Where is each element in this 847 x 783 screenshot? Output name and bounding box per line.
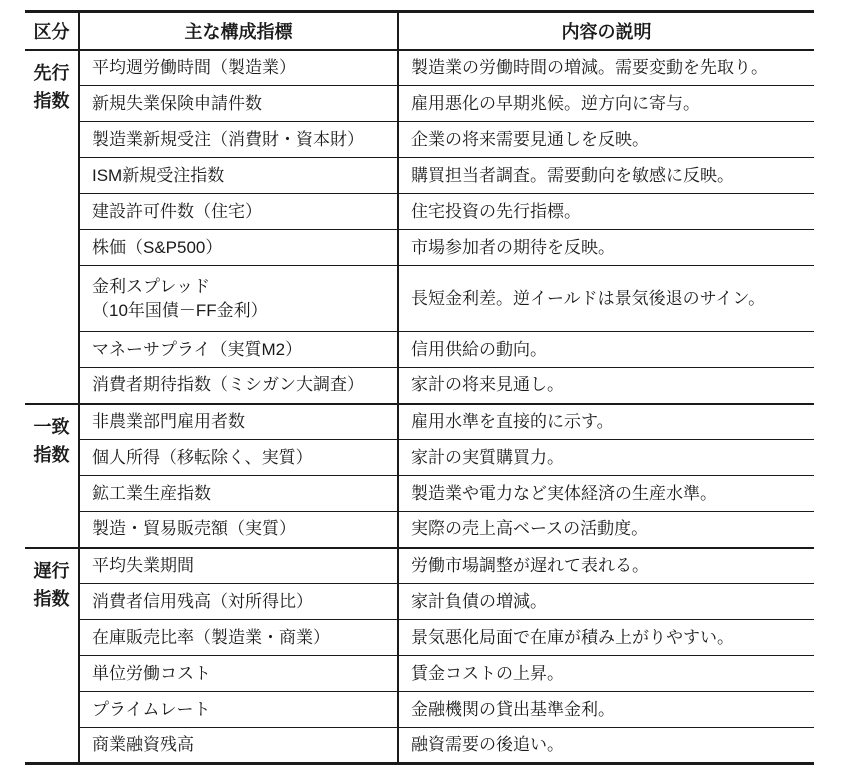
indicator-cell: 在庫販売比率（製造業・商業）: [79, 620, 398, 656]
table-row: プライムレート 金融機関の貸出基準金利。: [25, 692, 814, 728]
table-row: 建設許可件数（住宅） 住宅投資の先行指標。: [25, 194, 814, 230]
table-row: 金利スプレッド （10年国債－FF金利） 長短金利差。逆イールドは景気後退のサイ…: [25, 266, 814, 332]
economic-indicator-table: 区分 主な構成指標 内容の説明 先行 指数 平均週労働時間（製造業） 製造業の労…: [25, 10, 814, 765]
description-cell: 景気悪化局面で在庫が積み上がりやすい。: [398, 620, 814, 656]
description-cell: 製造業や電力など実体経済の生産水準。: [398, 476, 814, 512]
indicator-cell: 個人所得（移転除く、実質）: [79, 440, 398, 476]
table-row: 製造業新規受注（消費財・資本財） 企業の将来需要見通しを反映。: [25, 122, 814, 158]
indicator-cell: 新規失業保険申請件数: [79, 86, 398, 122]
header-category: 区分: [25, 12, 79, 50]
indicator-cell: 商業融資残高: [79, 728, 398, 764]
description-cell: 労働市場調整が遅れて表れる。: [398, 548, 814, 584]
section-label-leading: 先行 指数: [25, 50, 79, 404]
section-label-lagging: 遅行 指数: [25, 548, 79, 764]
table-row: マネーサプライ（実質M2） 信用供給の動向。: [25, 332, 814, 368]
description-cell: 購買担当者調査。需要動向を敏感に反映。: [398, 158, 814, 194]
description-cell: 市場参加者の期待を反映。: [398, 230, 814, 266]
table-row: 遅行 指数 平均失業期間 労働市場調整が遅れて表れる。: [25, 548, 814, 584]
description-cell: 住宅投資の先行指標。: [398, 194, 814, 230]
table-row: 鉱工業生産指数 製造業や電力など実体経済の生産水準。: [25, 476, 814, 512]
description-cell: 雇用悪化の早期兆候。逆方向に寄与。: [398, 86, 814, 122]
table-row: 在庫販売比率（製造業・商業） 景気悪化局面で在庫が積み上がりやすい。: [25, 620, 814, 656]
page: 区分 主な構成指標 内容の説明 先行 指数 平均週労働時間（製造業） 製造業の労…: [0, 0, 847, 783]
description-cell: 融資需要の後追い。: [398, 728, 814, 764]
description-cell: 家計の将来見通し。: [398, 368, 814, 404]
indicator-cell: 製造業新規受注（消費財・資本財）: [79, 122, 398, 158]
description-cell: 家計負債の増減。: [398, 584, 814, 620]
description-cell: 賃金コストの上昇。: [398, 656, 814, 692]
indicator-cell: 単位労働コスト: [79, 656, 398, 692]
table-header-row: 区分 主な構成指標 内容の説明: [25, 12, 814, 50]
header-indicator: 主な構成指標: [79, 12, 398, 50]
indicator-cell: 非農業部門雇用者数: [79, 404, 398, 440]
table-row: 一致 指数 非農業部門雇用者数 雇用水準を直接的に示す。: [25, 404, 814, 440]
indicator-cell: マネーサプライ（実質M2）: [79, 332, 398, 368]
indicator-cell: 製造・貿易販売額（実質）: [79, 512, 398, 548]
indicator-cell: 消費者信用残高（対所得比）: [79, 584, 398, 620]
description-cell: 製造業の労働時間の増減。需要変動を先取り。: [398, 50, 814, 86]
indicator-cell: 消費者期待指数（ミシガン大調査）: [79, 368, 398, 404]
table-row: ISM新規受注指数 購買担当者調査。需要動向を敏感に反映。: [25, 158, 814, 194]
table-row: 消費者期待指数（ミシガン大調査） 家計の将来見通し。: [25, 368, 814, 404]
indicator-cell: 平均週労働時間（製造業）: [79, 50, 398, 86]
indicator-cell: 鉱工業生産指数: [79, 476, 398, 512]
table-row: 単位労働コスト 賃金コストの上昇。: [25, 656, 814, 692]
table-row: 消費者信用残高（対所得比） 家計負債の増減。: [25, 584, 814, 620]
description-cell: 信用供給の動向。: [398, 332, 814, 368]
indicator-cell: プライムレート: [79, 692, 398, 728]
table-row: 個人所得（移転除く、実質） 家計の実質購買力。: [25, 440, 814, 476]
description-cell: 実際の売上高ベースの活動度。: [398, 512, 814, 548]
indicator-cell: 建設許可件数（住宅）: [79, 194, 398, 230]
description-cell: 企業の将来需要見通しを反映。: [398, 122, 814, 158]
table-row: 製造・貿易販売額（実質） 実際の売上高ベースの活動度。: [25, 512, 814, 548]
indicator-cell: 平均失業期間: [79, 548, 398, 584]
indicator-cell: 株価（S&P500）: [79, 230, 398, 266]
table-row: 商業融資残高 融資需要の後追い。: [25, 728, 814, 764]
table-row: 先行 指数 平均週労働時間（製造業） 製造業の労働時間の増減。需要変動を先取り。: [25, 50, 814, 86]
section-label-coincident: 一致 指数: [25, 404, 79, 548]
table-row: 株価（S&P500） 市場参加者の期待を反映。: [25, 230, 814, 266]
description-cell: 家計の実質購買力。: [398, 440, 814, 476]
description-cell: 雇用水準を直接的に示す。: [398, 404, 814, 440]
description-cell: 金融機関の貸出基準金利。: [398, 692, 814, 728]
indicator-cell: ISM新規受注指数: [79, 158, 398, 194]
description-cell: 長短金利差。逆イールドは景気後退のサイン。: [398, 266, 814, 332]
table-row: 新規失業保険申請件数 雇用悪化の早期兆候。逆方向に寄与。: [25, 86, 814, 122]
indicator-cell: 金利スプレッド （10年国債－FF金利）: [79, 266, 398, 332]
header-description: 内容の説明: [398, 12, 814, 50]
